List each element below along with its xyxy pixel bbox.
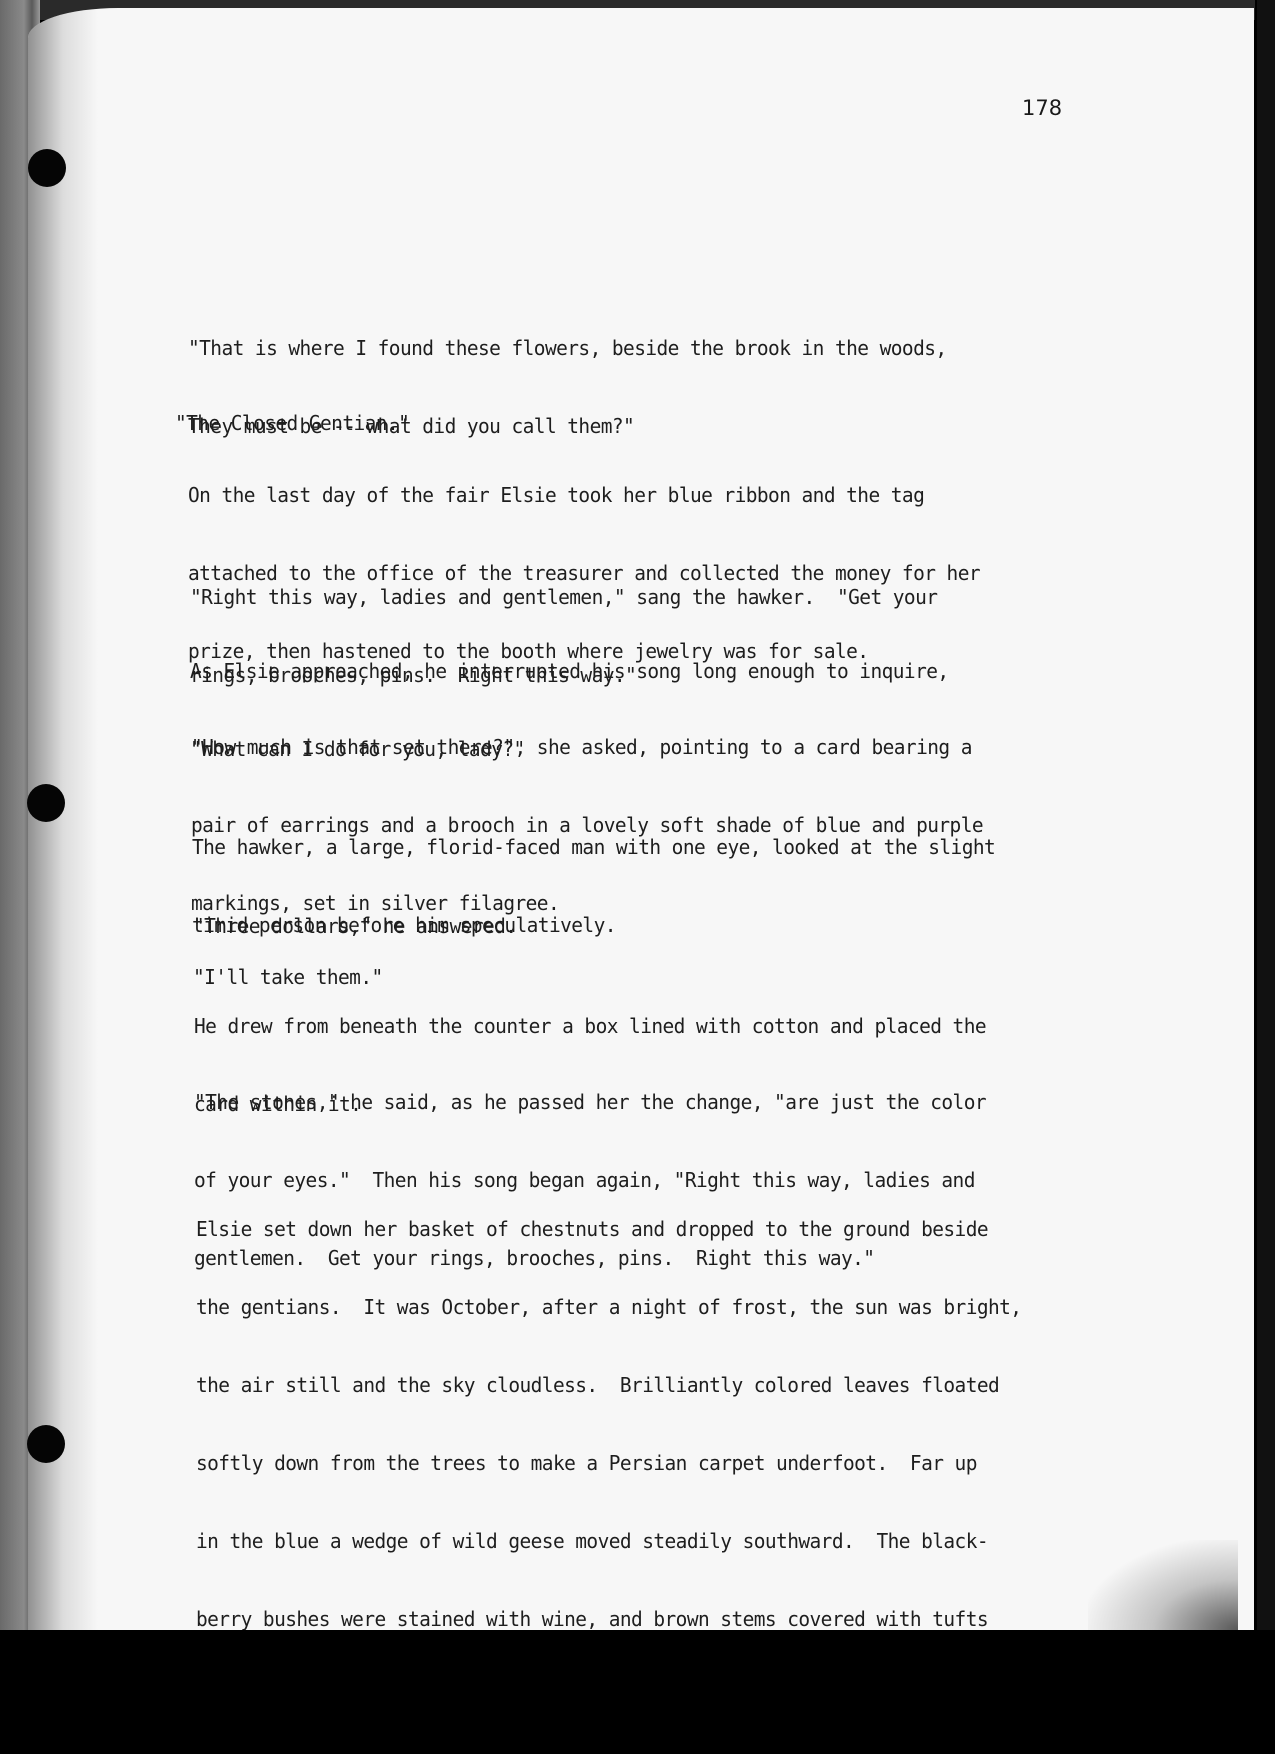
scan-bottom-margin (0, 1630, 1275, 1754)
text-line: berry bushes were stained with wine, and… (196, 1606, 1021, 1632)
text-line: the gentians. It was October, after a ni… (196, 1294, 1021, 1320)
text-line: "The stones," he said, as he passed her … (194, 1089, 986, 1115)
text-line: He drew from beneath the counter a box l… (194, 1013, 986, 1039)
paragraph: Elsie set down her basket of chestnuts a… (196, 1164, 1021, 1658)
text-line: softly down from the trees to make a Per… (196, 1450, 1021, 1476)
punch-hole-icon (28, 149, 66, 187)
text-line: On the last day of the fair Elsie took h… (188, 482, 980, 508)
text-line: in the blue a wedge of wild geese moved … (196, 1528, 1021, 1554)
punch-hole-icon (27, 1425, 65, 1463)
text-line: "How much is that set there?", she asked… (191, 734, 983, 760)
page-number: 178 (1022, 96, 1062, 120)
text-line: The hawker, a large, florid-faced man wi… (192, 834, 995, 860)
punch-hole-icon (27, 784, 65, 822)
text-line: Elsie set down her basket of chestnuts a… (196, 1216, 1021, 1242)
text-line: As Elsie approached, he interrupted his … (190, 658, 949, 684)
text-line: the air still and the sky cloudless. Bri… (196, 1372, 1021, 1398)
scan-right-edge (1257, 0, 1275, 1754)
